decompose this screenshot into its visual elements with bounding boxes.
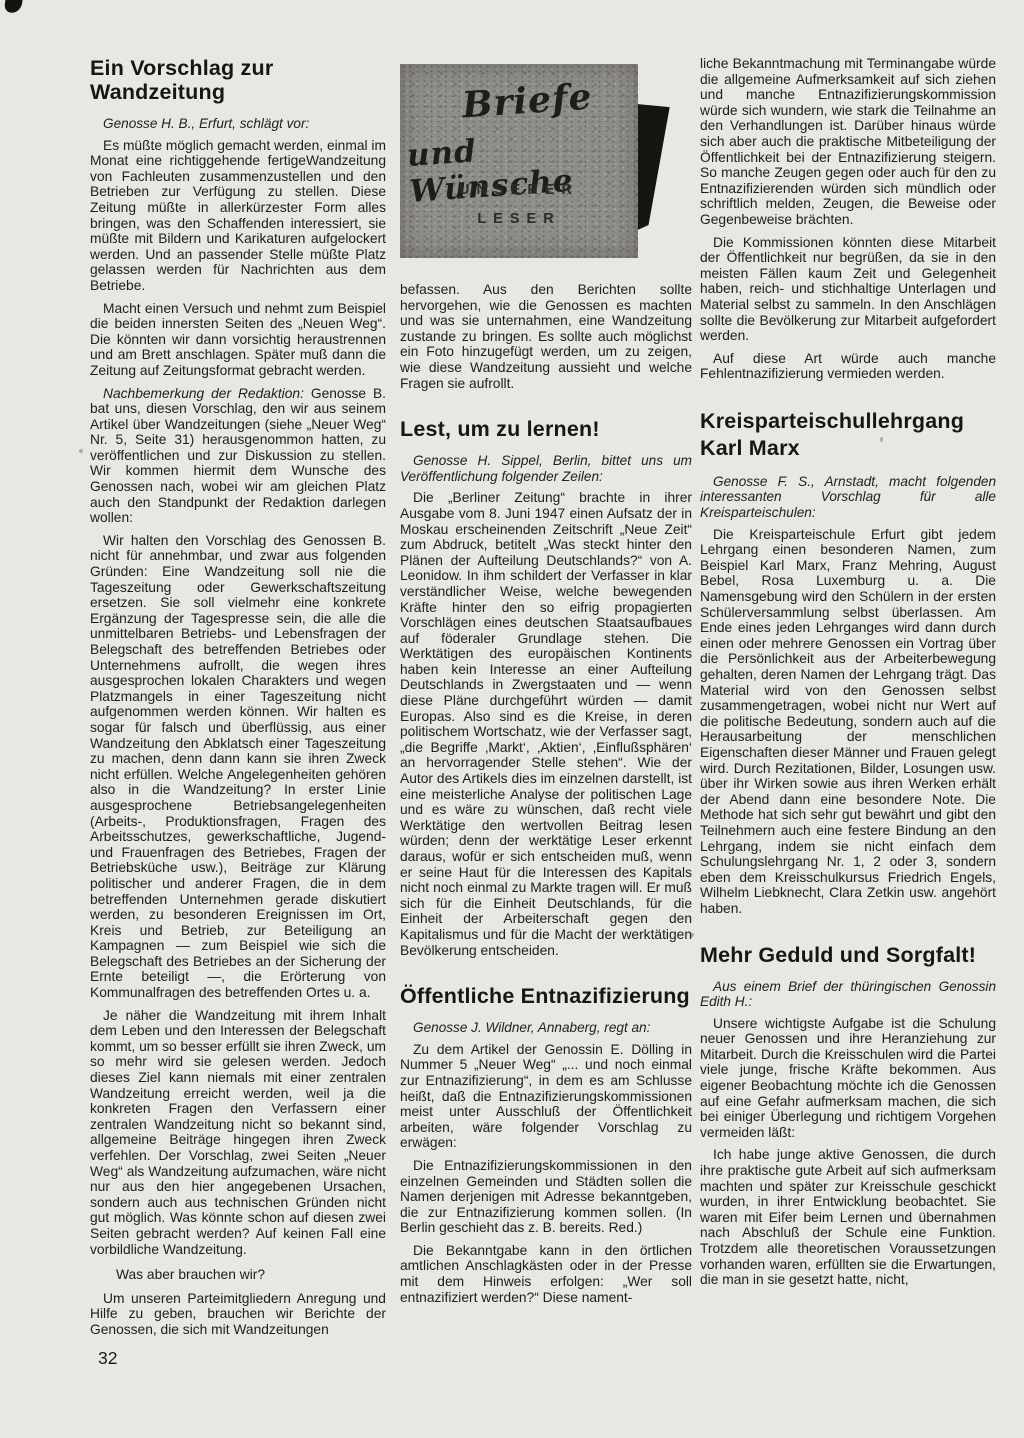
- editorial-note: Nachbemerkung der Redaktion: Genosse B. …: [90, 386, 386, 526]
- paragraph: Je näher die Wandzeitung mit ihrem Inhal…: [90, 1008, 386, 1258]
- column-right: liche Bekanntmachung mit Terminangabe wü…: [700, 56, 996, 1295]
- paragraph: Um unseren Parteimitgliedern Anregung un…: [90, 1291, 386, 1338]
- graphic-script-title: Briefe: [461, 76, 594, 127]
- graphic-caps-label: UNSERER: [400, 182, 638, 198]
- heading-line: Kreisparteischullehrgang: [700, 409, 964, 433]
- paragraph: Es müßte möglich gemacht werden, einmal …: [90, 138, 386, 294]
- column-left: Ein Vorschlag zur Wandzeitung Genosse H.…: [90, 56, 386, 1345]
- question-line: Was aber brauchen wir?: [90, 1267, 386, 1283]
- byline-kreisparteischule: Genosse F. S., Arnstadt, macht folgenden…: [700, 474, 996, 521]
- paper-speck: [79, 449, 83, 453]
- heading-line: Karl Marx: [700, 436, 800, 460]
- scan-corner-mark: [4, 0, 23, 14]
- paragraph: Auf diese Art würde auch manche Fehlentn…: [700, 351, 996, 382]
- paragraph-continued: liche Bekanntmachung mit Terminangabe wü…: [700, 56, 996, 228]
- paragraph: Macht einen Versuch und nehmt zum Beispi…: [90, 301, 386, 379]
- paragraph: Die Kommissionen könnten diese Mitarbeit…: [700, 235, 996, 344]
- article-heading-geduld: Mehr Geduld und Sorgfalt!: [700, 943, 996, 967]
- column-middle: Briefe und Wünsche UNSERER LESER befasse…: [400, 56, 692, 1312]
- byline-geduld: Aus einem Brief der thüringischen Genoss…: [700, 979, 996, 1010]
- byline-wandzeitung: Genosse H. B., Erfurt, schlägt vor:: [90, 116, 386, 132]
- page-number: 32: [98, 1348, 117, 1369]
- graphic-panel: Briefe und Wünsche UNSERER LESER: [400, 64, 638, 258]
- paragraph: Ich habe junge aktive Genossen, die durc…: [700, 1147, 996, 1287]
- paragraph: Die „Berliner Zeitung“ brachte in ihrer …: [400, 490, 692, 958]
- paragraph: Die Kreisparteischule Erfurt gibt jedem …: [700, 527, 996, 917]
- paragraph: Zu dem Artikel der Genossin E. Dölling i…: [400, 1042, 692, 1151]
- byline-entnazifizierung: Genosse J. Wildner, Annaberg, regt an:: [400, 1020, 692, 1036]
- graphic-caps-label: LESER: [400, 211, 638, 227]
- paragraph: Wir halten den Vorschlag des Genossen B.…: [90, 533, 386, 1001]
- editorial-note-text: Genosse B. bat uns, diesen Vorschlag, de…: [90, 386, 386, 526]
- paragraph: Unsere wichtigste Aufgabe ist die Schulu…: [700, 1016, 996, 1141]
- byline-lest: Genosse H. Sippel, Berlin, bittet uns um…: [400, 453, 692, 484]
- paragraph: Die Bekanntgabe kann in den örtlichen am…: [400, 1243, 692, 1305]
- article-heading-wandzeitung: Ein Vorschlag zur Wandzeitung: [90, 56, 386, 104]
- letters-graphic: Briefe und Wünsche UNSERER LESER: [400, 64, 670, 258]
- paragraph: Die Entnazifizierungskommissionen in den…: [400, 1158, 692, 1236]
- paragraph-continued: befassen. Aus den Berichten sollte hervo…: [400, 282, 692, 391]
- article-heading-entnazifizierung: Öffentliche Entnazifizierung: [400, 984, 692, 1008]
- article-heading-kreisparteischule: KreisparteischullehrgangKarl Marx: [700, 408, 996, 462]
- magazine-page: { "page_number": "32", "graphic": { "scr…: [0, 0, 1024, 1438]
- article-heading-lest: Lest, um zu lernen!: [400, 417, 692, 441]
- editorial-note-lead: Nachbemerkung der Redaktion:: [103, 386, 304, 401]
